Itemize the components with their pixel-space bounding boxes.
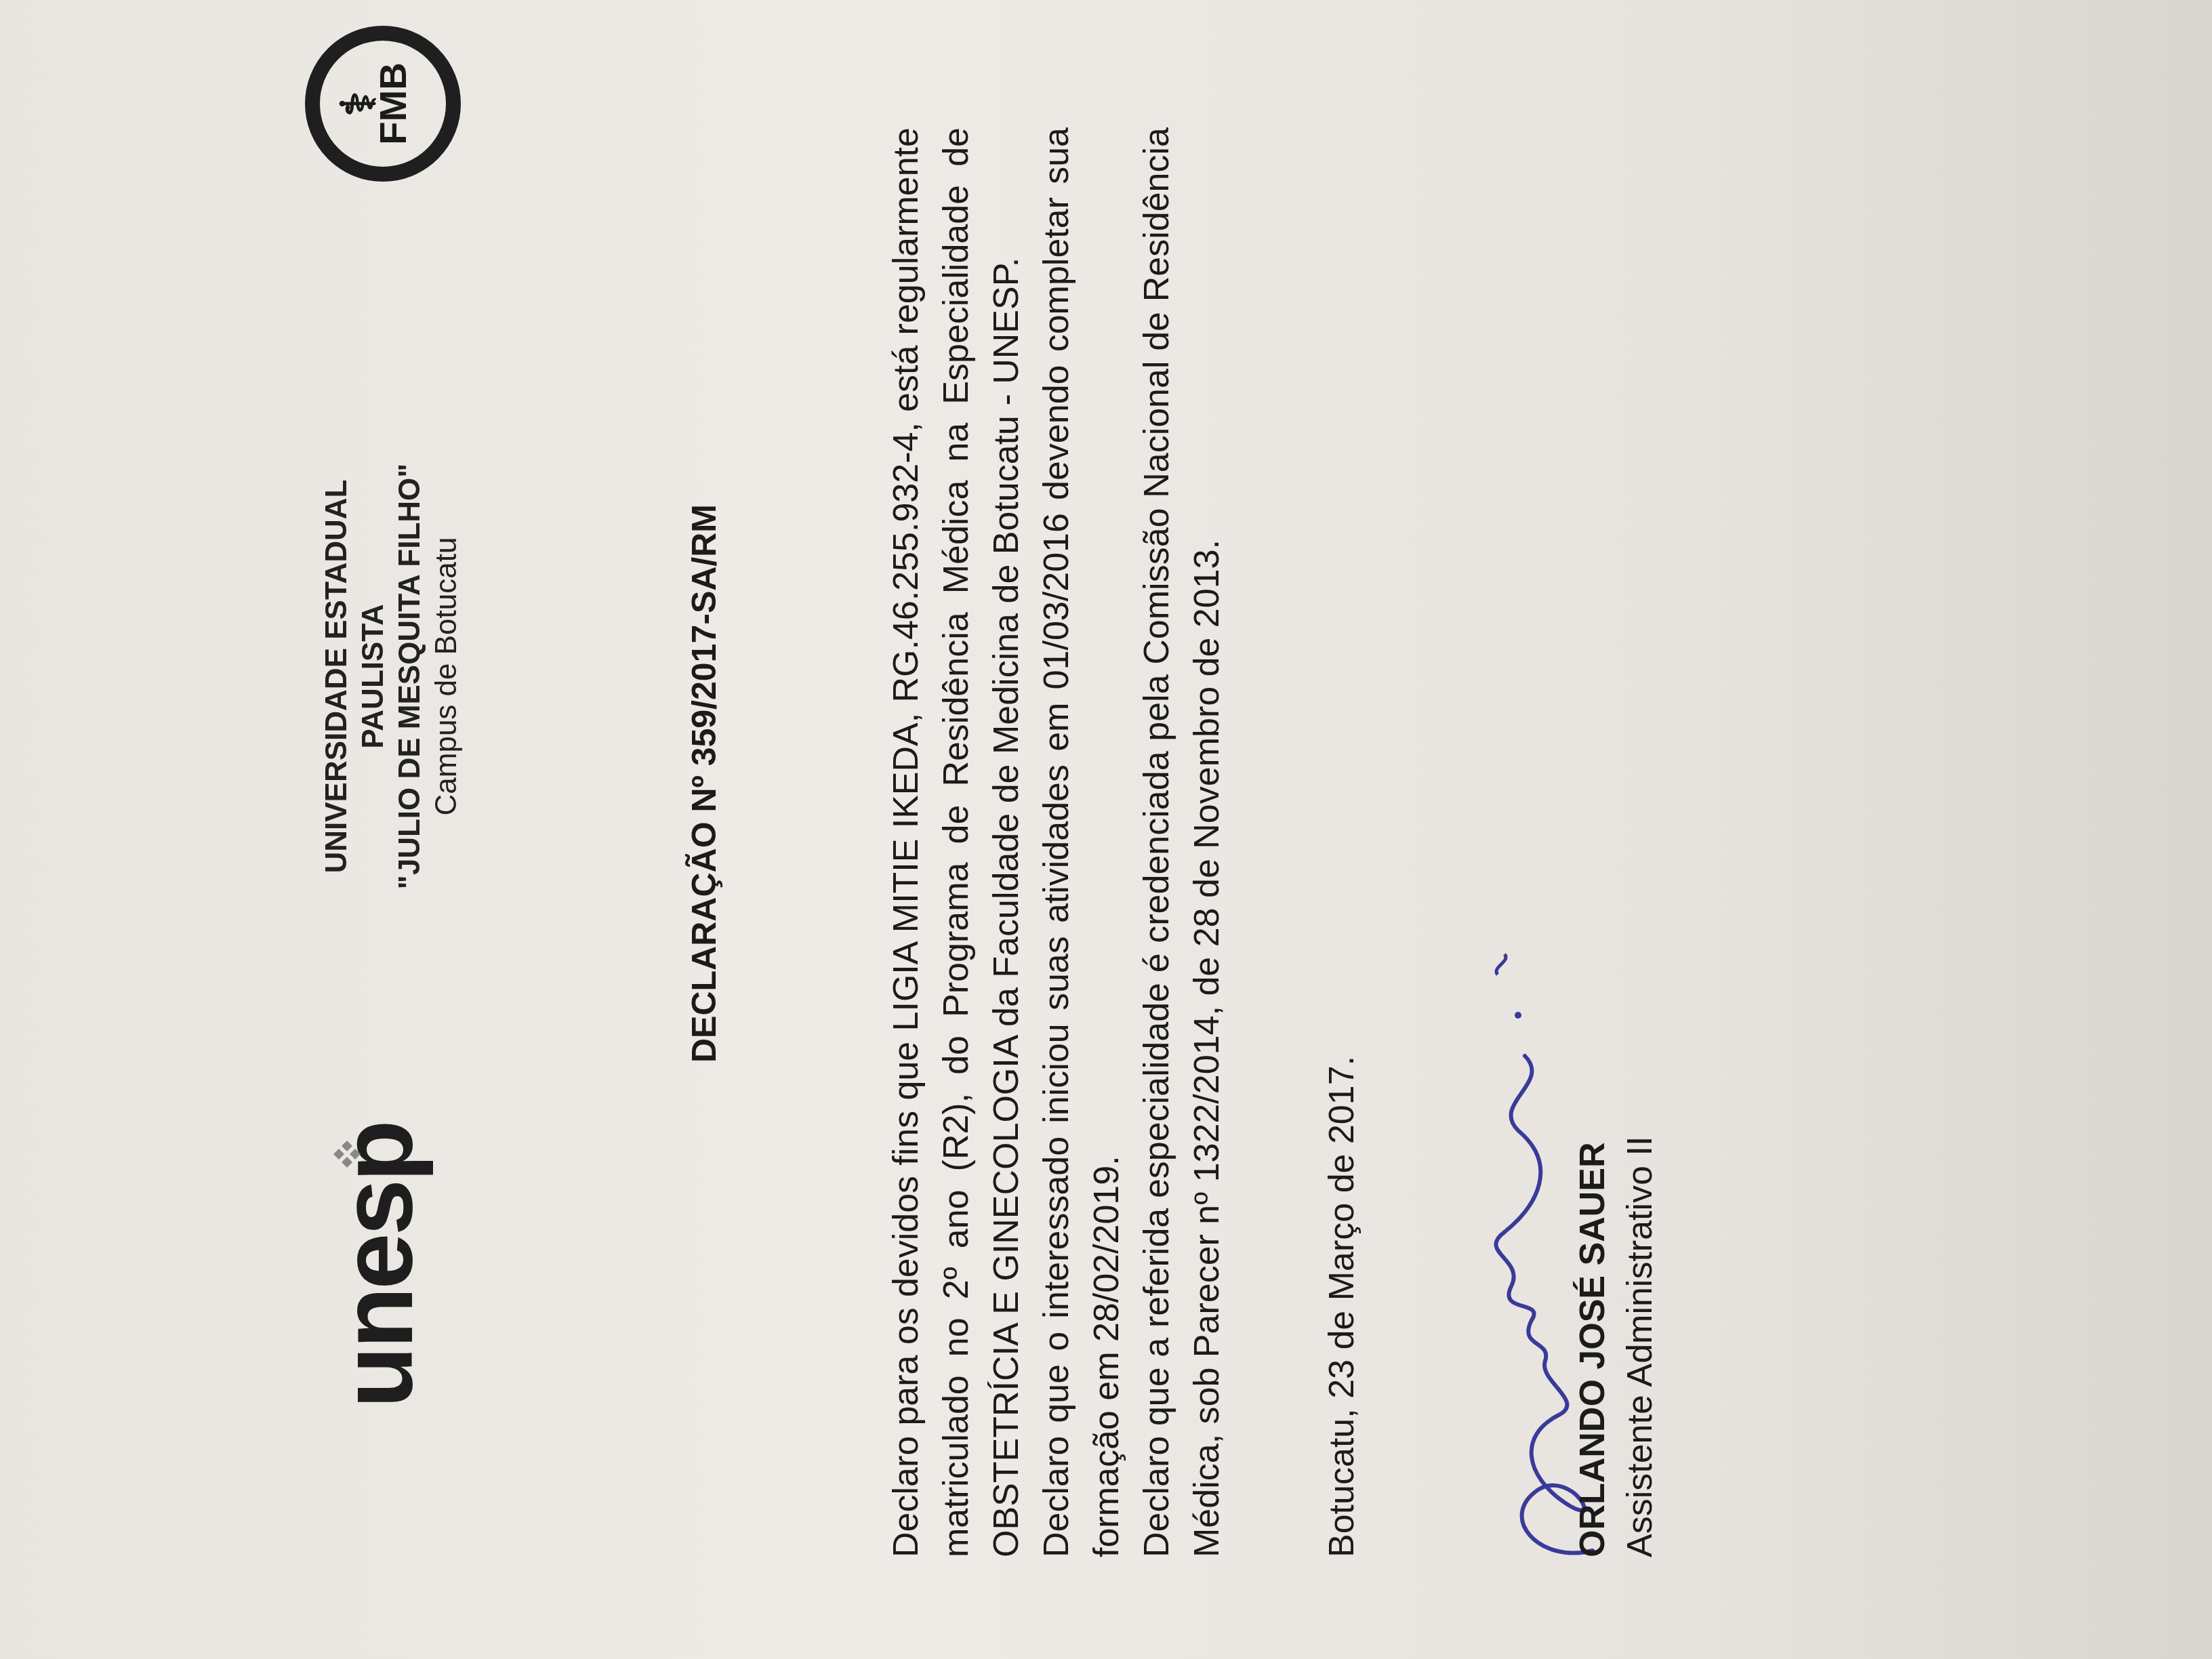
paragraph: Declaro para os devidos fins que LIGIA M… xyxy=(881,127,1031,1557)
document-body: Declaro para os devidos fins que LIGIA M… xyxy=(881,127,1232,1557)
caduceus-icon: ⚕ xyxy=(335,91,382,117)
unesp-logo: unesp xyxy=(319,1122,436,1408)
unesp-diamond-icon xyxy=(332,1134,366,1174)
signatory-role: Assistente Administrativo II xyxy=(1620,1136,1660,1557)
paragraph: Declaro que a referida especialidade é c… xyxy=(1132,127,1232,1557)
document-title: DECLARAÇÃO Nº 359/2017-SA/RM xyxy=(684,114,724,1063)
place-date: Botucatu, 23 de Março de 2017. xyxy=(1322,1056,1362,1557)
document-page: unesp UNIVERSIDADE ESTADUAL PAULISTA "JU… xyxy=(0,0,2212,1659)
signatory-name: ORLANDO JOSÉ SAUER xyxy=(1572,1142,1613,1557)
university-header: UNIVERSIDADE ESTADUAL PAULISTA "JULIO DE… xyxy=(319,439,465,914)
fmb-seal: ⚕ FMB xyxy=(305,26,461,182)
paragraph: Declaro que o interessado iniciou suas a… xyxy=(1031,127,1132,1557)
